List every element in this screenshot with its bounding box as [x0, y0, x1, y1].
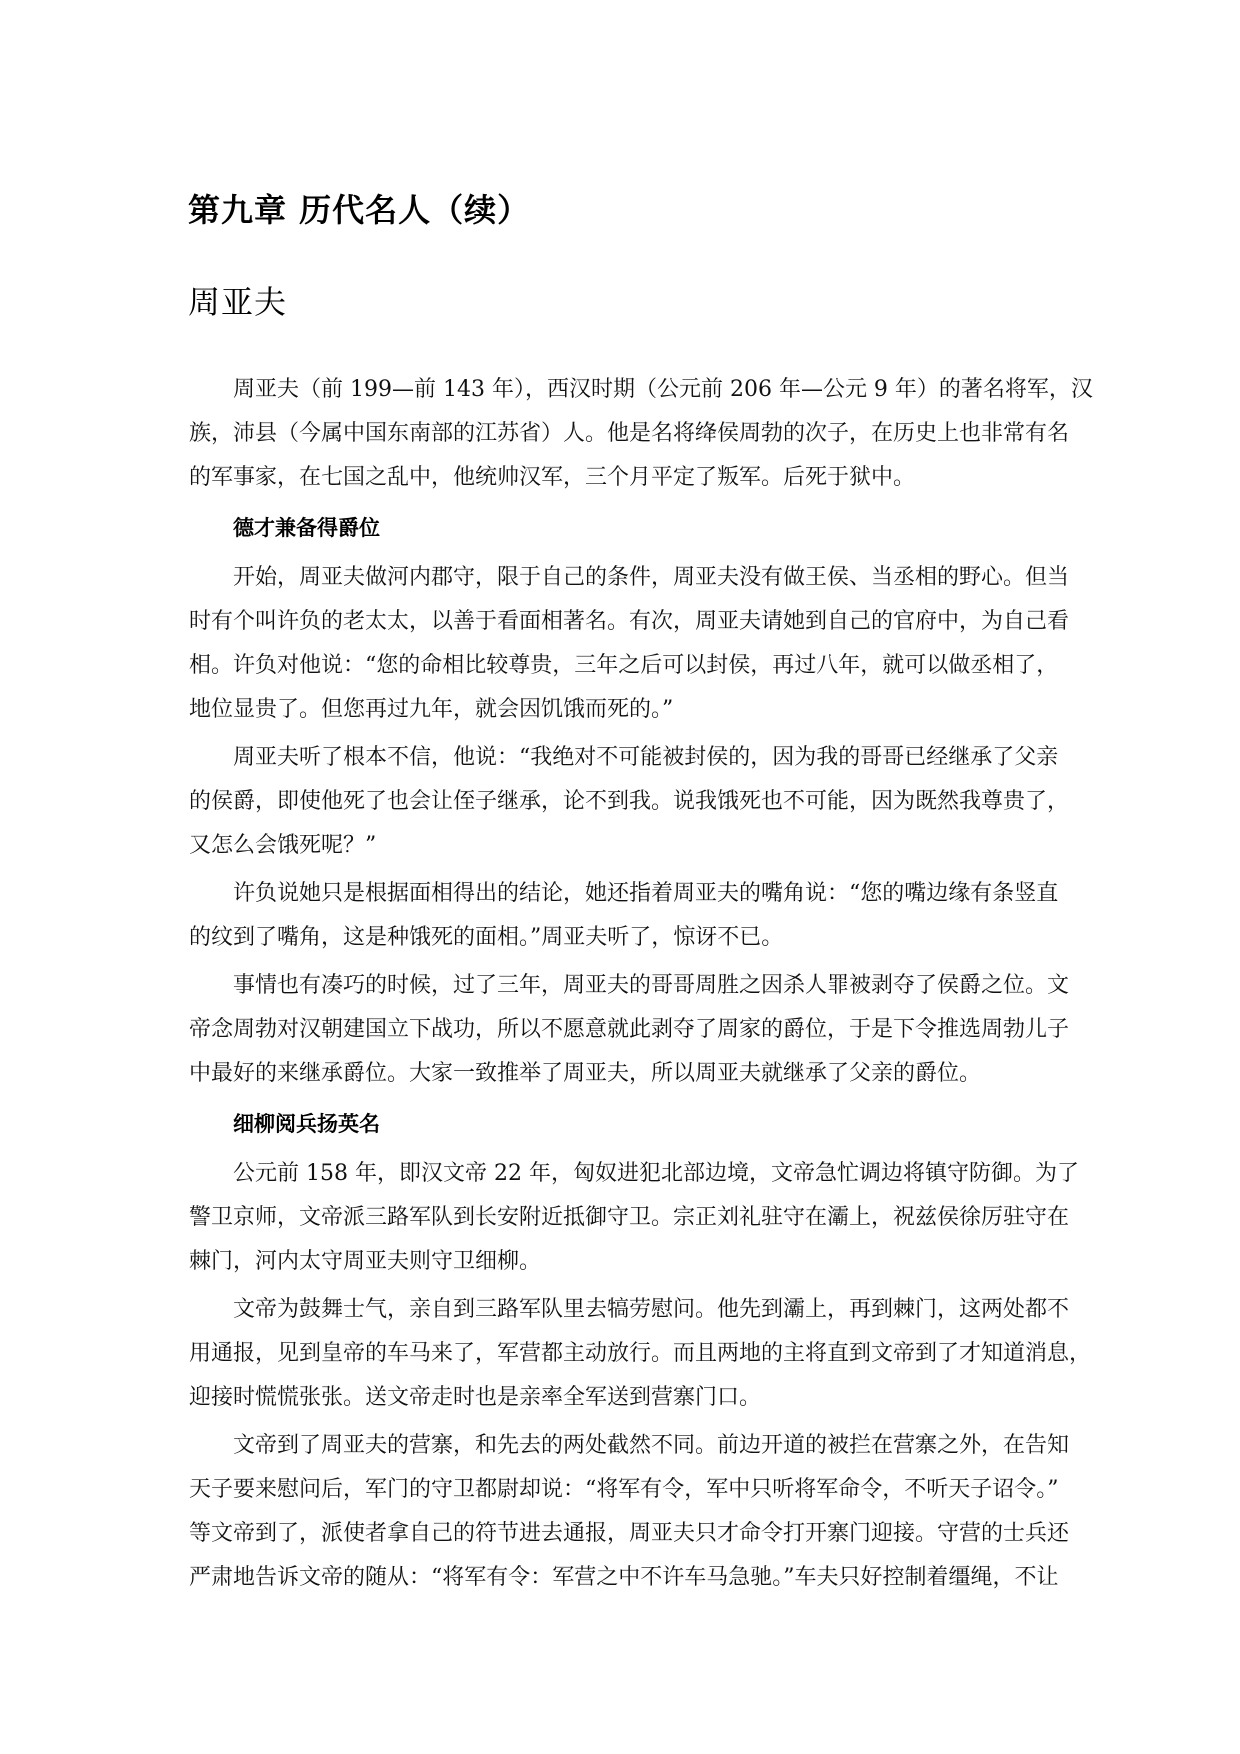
body-text: 周亚夫（前 199—前 143 年），西汉时期（公元前 206 年—公元 9 年… [189, 368, 1050, 1604]
section-subheading: 德才兼备得爵位 [189, 504, 1050, 552]
text-line: 周亚夫听了根本不信，他说：“我绝对不可能被封侯的，因为我的哥哥已经继承了父亲 [189, 736, 1050, 780]
paragraph: 许负说她只是根据面相得出的结论，她还指着周亚夫的嘴角说：“您的嘴边缘有条竖直 的… [189, 872, 1050, 960]
text-line: 迎接时慌慌张张。送文帝走时也是亲率全军送到营寨门口。 [189, 1376, 1050, 1420]
text-line: 开始，周亚夫做河内郡守，限于自己的条件，周亚夫没有做王侯、当丞相的野心。但当 [189, 556, 1050, 600]
document-page: 第九章 历代名人（续） 周亚夫 周亚夫（前 199—前 143 年），西汉时期（… [0, 0, 1240, 1754]
text-line: 周亚夫（前 199—前 143 年），西汉时期（公元前 206 年—公元 9 年… [189, 368, 1050, 412]
text-line: 帝念周勃对汉朝建国立下战功，所以不愿意就此剥夺了周家的爵位，于是下令推选周勃儿子 [189, 1008, 1050, 1052]
paragraph: 周亚夫听了根本不信，他说：“我绝对不可能被封侯的，因为我的哥哥已经继承了父亲 的… [189, 736, 1050, 868]
chapter-title: 第九章 历代名人（续） [188, 190, 530, 230]
paragraph: 开始，周亚夫做河内郡守，限于自己的条件，周亚夫没有做王侯、当丞相的野心。但当 时… [189, 556, 1050, 732]
person-heading: 周亚夫 [188, 282, 287, 322]
paragraph: 公元前 158 年，即汉文帝 22 年，匈奴进犯北部边境，文帝急忙调边将镇守防御… [189, 1152, 1050, 1284]
text-line: 地位显贵了。但您再过九年，就会因饥饿而死的。” [189, 688, 1050, 732]
paragraph: 文帝为鼓舞士气，亲自到三路军队里去犒劳慰问。他先到灞上，再到棘门，这两处都不 用… [189, 1288, 1050, 1420]
paragraph: 事情也有凑巧的时候，过了三年，周亚夫的哥哥周胜之因杀人罪被剥夺了侯爵之位。文 帝… [189, 964, 1050, 1096]
text-line: 相。许负对他说：“您的命相比较尊贵，三年之后可以封侯，再过八年，就可以做丞相了， [189, 644, 1050, 688]
section-subheading: 细柳阅兵扬英名 [189, 1100, 1050, 1148]
text-line: 棘门，河内太守周亚夫则守卫细柳。 [189, 1240, 1050, 1284]
text-line: 族，沛县（今属中国东南部的江苏省）人。他是名将绛侯周勃的次子，在历史上也非常有名 [189, 412, 1050, 456]
text-line: 公元前 158 年，即汉文帝 22 年，匈奴进犯北部边境，文帝急忙调边将镇守防御… [189, 1152, 1050, 1196]
text-line: 又怎么会饿死呢？” [189, 824, 1050, 868]
text-line: 中最好的来继承爵位。大家一致推举了周亚夫，所以周亚夫就继承了父亲的爵位。 [189, 1052, 1050, 1096]
text-line: 警卫京师，文帝派三路军队到长安附近抵御守卫。宗正刘礼驻守在灞上，祝兹侯徐厉驻守在 [189, 1196, 1050, 1240]
text-line: 等文帝到了，派使者拿自己的符节进去通报，周亚夫只才命令打开寨门迎接。守营的士兵还 [189, 1512, 1050, 1556]
text-line: 许负说她只是根据面相得出的结论，她还指着周亚夫的嘴角说：“您的嘴边缘有条竖直 [189, 872, 1050, 916]
text-line: 事情也有凑巧的时候，过了三年，周亚夫的哥哥周胜之因杀人罪被剥夺了侯爵之位。文 [189, 964, 1050, 1008]
text-line: 严肃地告诉文帝的随从：“将军有令：军营之中不许车马急驰。”车夫只好控制着缰绳，不… [189, 1556, 1050, 1600]
text-line: 文帝到了周亚夫的营寨，和先去的两处截然不同。前边开道的被拦在营寨之外，在告知 [189, 1424, 1050, 1468]
text-line: 的侯爵，即使他死了也会让侄子继承，论不到我。说我饿死也不可能，因为既然我尊贵了， [189, 780, 1050, 824]
text-line: 的纹到了嘴角，这是种饿死的面相。”周亚夫听了，惊讶不已。 [189, 916, 1050, 960]
paragraph: 文帝到了周亚夫的营寨，和先去的两处截然不同。前边开道的被拦在营寨之外，在告知 天… [189, 1424, 1050, 1600]
text-line: 的军事家，在七国之乱中，他统帅汉军，三个月平定了叛军。后死于狱中。 [189, 456, 1050, 500]
paragraph-intro: 周亚夫（前 199—前 143 年），西汉时期（公元前 206 年—公元 9 年… [189, 368, 1050, 500]
text-line: 时有个叫许负的老太太，以善于看面相著名。有次，周亚夫请她到自己的官府中，为自己看 [189, 600, 1050, 644]
text-line: 用通报，见到皇帝的车马来了，军营都主动放行。而且两地的主将直到文帝到了才知道消息… [189, 1332, 1050, 1376]
text-line: 文帝为鼓舞士气，亲自到三路军队里去犒劳慰问。他先到灞上，再到棘门，这两处都不 [189, 1288, 1050, 1332]
text-line: 天子要来慰问后，军门的守卫都尉却说：“将军有令，军中只听将军命令，不听天子诏令。… [189, 1468, 1050, 1512]
